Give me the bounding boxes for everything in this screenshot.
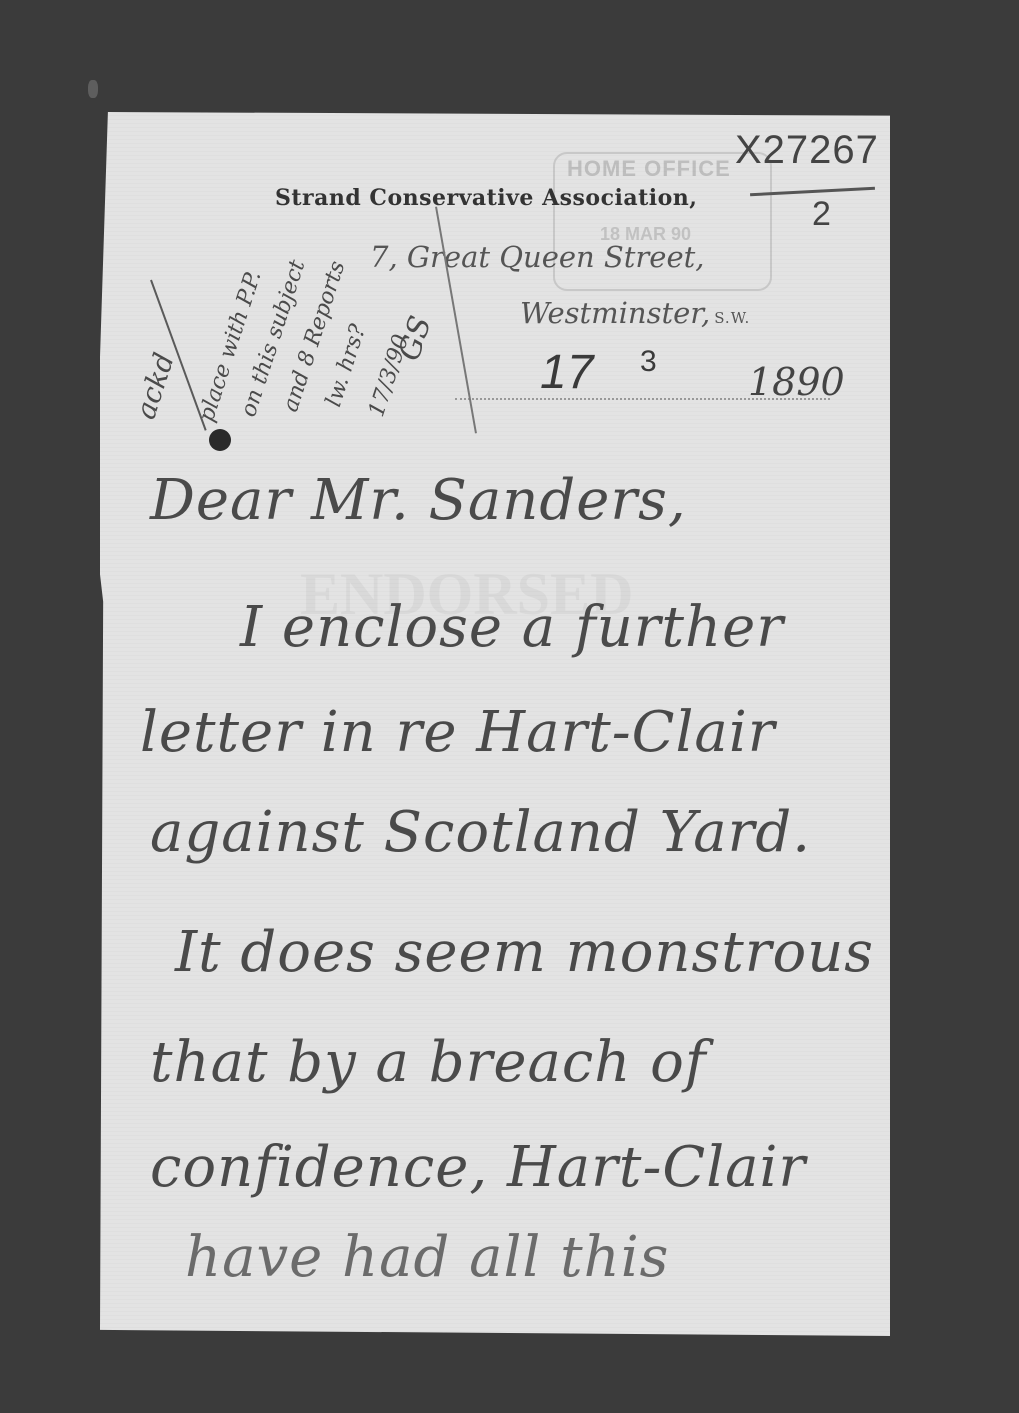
- reference-sub-number: 2: [812, 195, 831, 234]
- letter-line-3: against Scotland Yard.: [150, 800, 811, 865]
- scan-speck: [88, 80, 98, 98]
- letterhead-organization: Strand Conservative Association,: [275, 185, 697, 211]
- date-month: 3: [640, 345, 657, 379]
- letter-salutation: Dear Mr. Sanders,: [150, 468, 687, 533]
- letter-line-5: that by a breach of: [150, 1030, 707, 1095]
- date-day: 17: [540, 345, 593, 400]
- date-year: 1890: [748, 360, 845, 404]
- address-district: S.W.: [714, 309, 750, 327]
- letter-line-6: confidence, Hart-Clair: [150, 1135, 806, 1200]
- letterhead-address-city: Westminster,S.W.: [520, 296, 750, 330]
- reference-number: X27267: [735, 128, 879, 173]
- letter-line-7: have had all this: [185, 1225, 669, 1290]
- letter-line-1: I enclose a further: [240, 595, 784, 660]
- pin-hole: [209, 429, 231, 451]
- letter-line-2: letter in re Hart-Clair: [140, 700, 776, 765]
- stamp-heading: HOME OFFICE: [567, 156, 731, 182]
- letterhead-address-street: 7, Great Queen Street,: [370, 240, 705, 274]
- letter-line-4: It does seem monstrous: [175, 920, 874, 985]
- address-city: Westminster,: [520, 296, 710, 330]
